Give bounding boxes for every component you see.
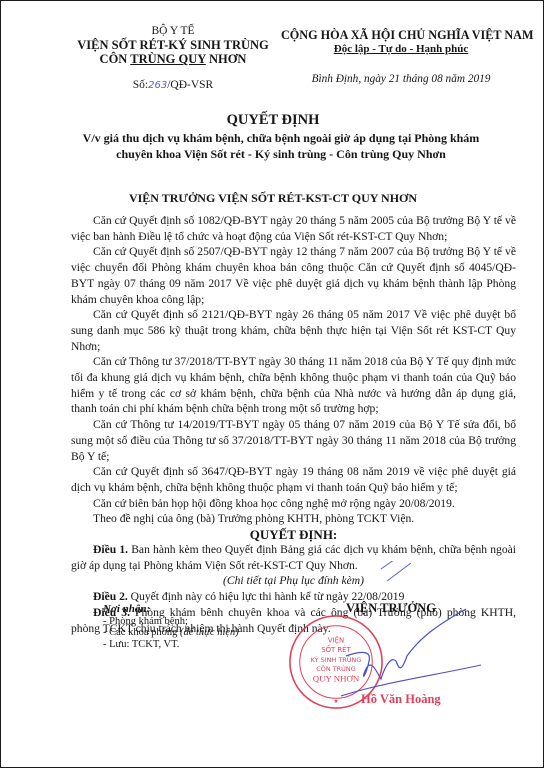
article-label: Điều 1. [93, 543, 128, 556]
article-label: Điều 2. [93, 590, 128, 603]
doc-number-handwritten: 263 [148, 80, 167, 91]
document-number: Số:263/QĐ-VSR [63, 79, 283, 91]
preamble-paragraph: Căn cứ Quyết định số 3647/QĐ-BYT ngày 19… [71, 464, 516, 495]
document-subject: V/v giá thu dịch vụ khám bệnh, chữa bệnh… [41, 130, 521, 162]
recipients-label: Nơi nhận: [103, 604, 239, 616]
signature-icon [341, 561, 511, 701]
recipient-item: - Lưu: TCKT, VT. [103, 639, 239, 651]
preamble-paragraph: Căn cứ Thông tư 37/2018/TT-BYT ngày 30 t… [71, 354, 516, 417]
institute-name-part: NHƠN [206, 52, 247, 66]
preamble-paragraph: Căn cứ Quyết định số 1082/QĐ-BYT ngày 20… [71, 213, 516, 244]
preamble-paragraph: Căn cứ biên bản họp hội đồng khoa học cô… [71, 496, 516, 512]
preamble-paragraph: Căn cứ Quyết định số 2507/QĐ-BYT ngày 12… [71, 244, 516, 307]
document-title: QUYẾT ĐỊNH [1, 112, 544, 129]
preamble-paragraph: Theo đề nghị của ông (bà) Trưởng phòng K… [71, 511, 516, 527]
recipients-block: Nơi nhận: - Phòng khám bệnh; - Các khoa … [103, 604, 239, 650]
recipient-text: - Các khoa phòng [103, 627, 180, 638]
doc-number-suffix: /QĐ-VSR [167, 79, 213, 91]
decision-heading: QUYẾT ĐỊNH: [71, 527, 516, 542]
institute-name-underlined: TRÙNG QUY [130, 52, 206, 66]
recipient-note: (để thực hiện) [180, 627, 239, 638]
preamble-paragraph: Căn cứ Thông tư 14/2019/TT-BYT ngày 05 t… [71, 417, 516, 464]
svg-text:★: ★ [333, 698, 338, 705]
national-header: CỘNG HÒA XÃ HỘI CHỦ NGHĨA VIỆT NAM Độc l… [281, 28, 521, 85]
document-page: BỘ Y TẾ VIỆN SỐT RÉT-KÝ SINH TRÙNG CÔN T… [0, 0, 544, 768]
signer-name: Hồ Văn Hoàng [361, 692, 441, 707]
institute-name-line1: VIỆN SỐT RÉT-KÝ SINH TRÙNG [63, 38, 283, 52]
issuing-authority: VIỆN TRƯỞNG VIỆN SỐT RÉT-KST-CT QUY NHƠN [1, 191, 544, 206]
national-motto: Độc lập - Tự do - Hạnh phúc [281, 42, 521, 56]
ministry-name: BỘ Y TẾ [63, 25, 283, 38]
recipient-item: - Phòng khám bệnh; [103, 616, 239, 628]
institute-name-part: CÔN [100, 52, 131, 66]
subject-line: chuyên khoa Viện Sốt rét - Ký sinh trùng… [41, 146, 521, 162]
doc-number-label: Số: [133, 79, 148, 91]
place-date: Bình Định, ngày 21 tháng 08 năm 2019 [281, 73, 521, 85]
institute-name-line2: CÔN TRÙNG QUY NHƠN [63, 52, 283, 66]
country-name: CỘNG HÒA XÃ HỘI CHỦ NGHĨA VIỆT NAM [281, 28, 521, 42]
preamble-paragraph: Căn cứ Quyết định số 2121/QĐ-BYT ngày 26… [71, 307, 516, 354]
subject-line: V/v giá thu dịch vụ khám bệnh, chữa bệnh… [41, 130, 521, 146]
recipient-item: - Các khoa phòng (để thực hiện) [103, 627, 239, 639]
issuer-header: BỘ Y TẾ VIỆN SỐT RÉT-KÝ SINH TRÙNG CÔN T… [63, 25, 283, 91]
